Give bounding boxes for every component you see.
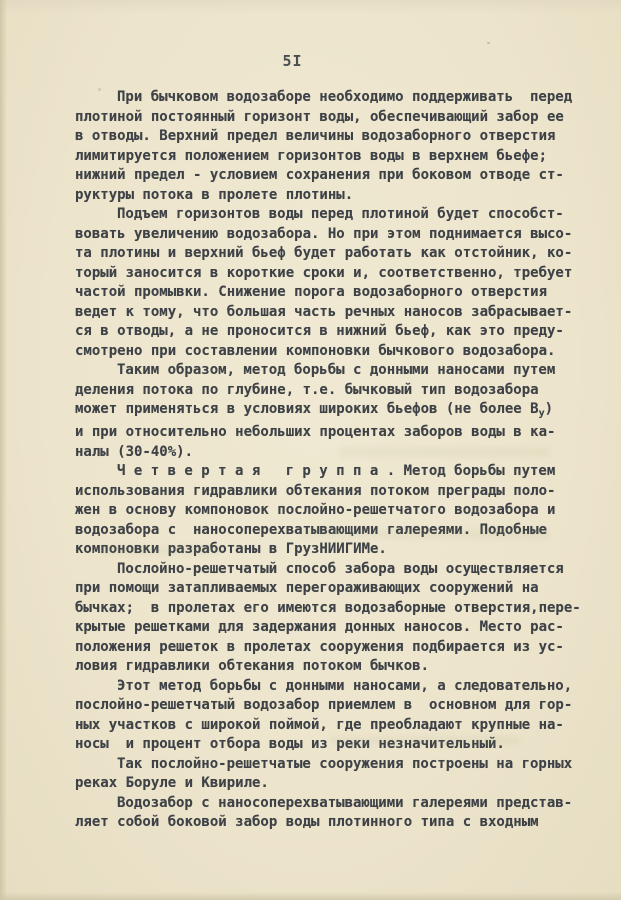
text-line: торый заносится в короткие сроки и, соот… (75, 264, 591, 284)
paragraph: При бычковом водозаборе необходимо подде… (75, 88, 591, 205)
text-line: Так послойно-решетчатые сооружения постр… (75, 755, 591, 775)
text-line: ведет к тому, что большая часть речных н… (75, 303, 591, 323)
text-line: Таким образом, метод борьбы с донными на… (75, 361, 591, 381)
paragraph: Подъем горизонтов воды перед плотиной бу… (75, 205, 591, 361)
text-line: компоновки разработаны в ГрузНИИГИМе. (75, 540, 591, 560)
document-page: 5I При бычковом водозаборе необходимо по… (0, 0, 621, 900)
paper-speck (98, 88, 101, 91)
text-line: Ч е т в е р т а я г р у п п а . Метод бо… (75, 462, 591, 482)
scanned-page-background: { "page": { "number": "5I", "paragraphs"… (0, 0, 621, 900)
text-line: водозабора с наносоперехватывающими гале… (75, 521, 591, 541)
text-line: Этот метод борьбы с донными наносами, а … (75, 677, 591, 697)
text-line: при помощи затапливаемых перегораживающи… (75, 579, 591, 599)
text-line: жен в основу компоновок послойно-решетча… (75, 501, 591, 521)
text-line: вовать увеличению водозабора. Но при это… (75, 225, 591, 245)
text-line: послойно-решетчатый водозабор приемлем в… (75, 696, 591, 716)
text-line: в отводы. Верхний предел величины водоза… (75, 127, 591, 147)
text-line: положения решеток в пролетах сооружения … (75, 638, 591, 658)
text-line: ловия гидравлики обтекания потоком бычко… (75, 657, 591, 677)
text-line: та плотины и верхний бьеф будет работать… (75, 244, 591, 264)
paragraph: Послойно-решетчатый способ забора воды о… (75, 560, 591, 677)
text-block: При бычковом водозаборе необходимо подде… (75, 88, 591, 833)
text-line: лимитируется положением горизонтов воды … (75, 147, 591, 167)
text-line: ся в отводы, а не проносится в нижний бь… (75, 322, 591, 342)
paragraph: Так послойно-решетчатые сооружения постр… (75, 755, 591, 794)
text-line: реках Боруле и Квириле. (75, 774, 591, 794)
paragraph: Этот метод борьбы с донными наносами, а … (75, 677, 591, 755)
text-line: частой промывки. Снижение порога водозаб… (75, 283, 591, 303)
text-line: ляет собой боковой забор воды плотинного… (75, 813, 591, 833)
page-number: 5I (0, 52, 603, 70)
paper-speck (487, 42, 490, 44)
paragraph: Ч е т в е р т а я г р у п п а . Метод бо… (75, 462, 591, 560)
paper-speck (520, 173, 522, 175)
text-line: деления потока по глубине, т.е. бычковый… (75, 381, 591, 401)
text-line: и при относительно небольших процентах з… (75, 423, 591, 443)
paragraph: Водозабор с наносоперехватывающими галер… (75, 794, 591, 833)
text-line: крытые решетками для задержания донных н… (75, 618, 591, 638)
paragraph: Таким образом, метод борьбы с донными на… (75, 361, 591, 462)
text-line: нижний предел - условием сохранения при … (75, 166, 591, 186)
text-line: смотрено при составлении компоновки бычк… (75, 342, 591, 362)
text-line: Послойно-решетчатый способ забора воды о… (75, 560, 591, 580)
text-line: бычках; в пролетах его имеются водозабор… (75, 599, 591, 619)
text-line: плотиной постоянный горизонт воды, обесп… (75, 108, 591, 128)
text-line: При бычковом водозаборе необходимо подде… (75, 88, 591, 108)
text-line: руктуры потока в пролете плотины. (75, 186, 591, 206)
text-line: может применяться в условиях широких бье… (75, 400, 591, 423)
text-line: Подъем горизонтов воды перед плотиной бу… (75, 205, 591, 225)
text-line: налы (30-40%). (75, 443, 591, 463)
text-line: носы и процент отбора воды из реки незна… (75, 735, 591, 755)
text-line: использования гидравлики обтекания поток… (75, 482, 591, 502)
text-line: Водозабор с наносоперехватывающими галер… (75, 794, 591, 814)
text-line: ных участков с широкой поймой, где преоб… (75, 716, 591, 736)
